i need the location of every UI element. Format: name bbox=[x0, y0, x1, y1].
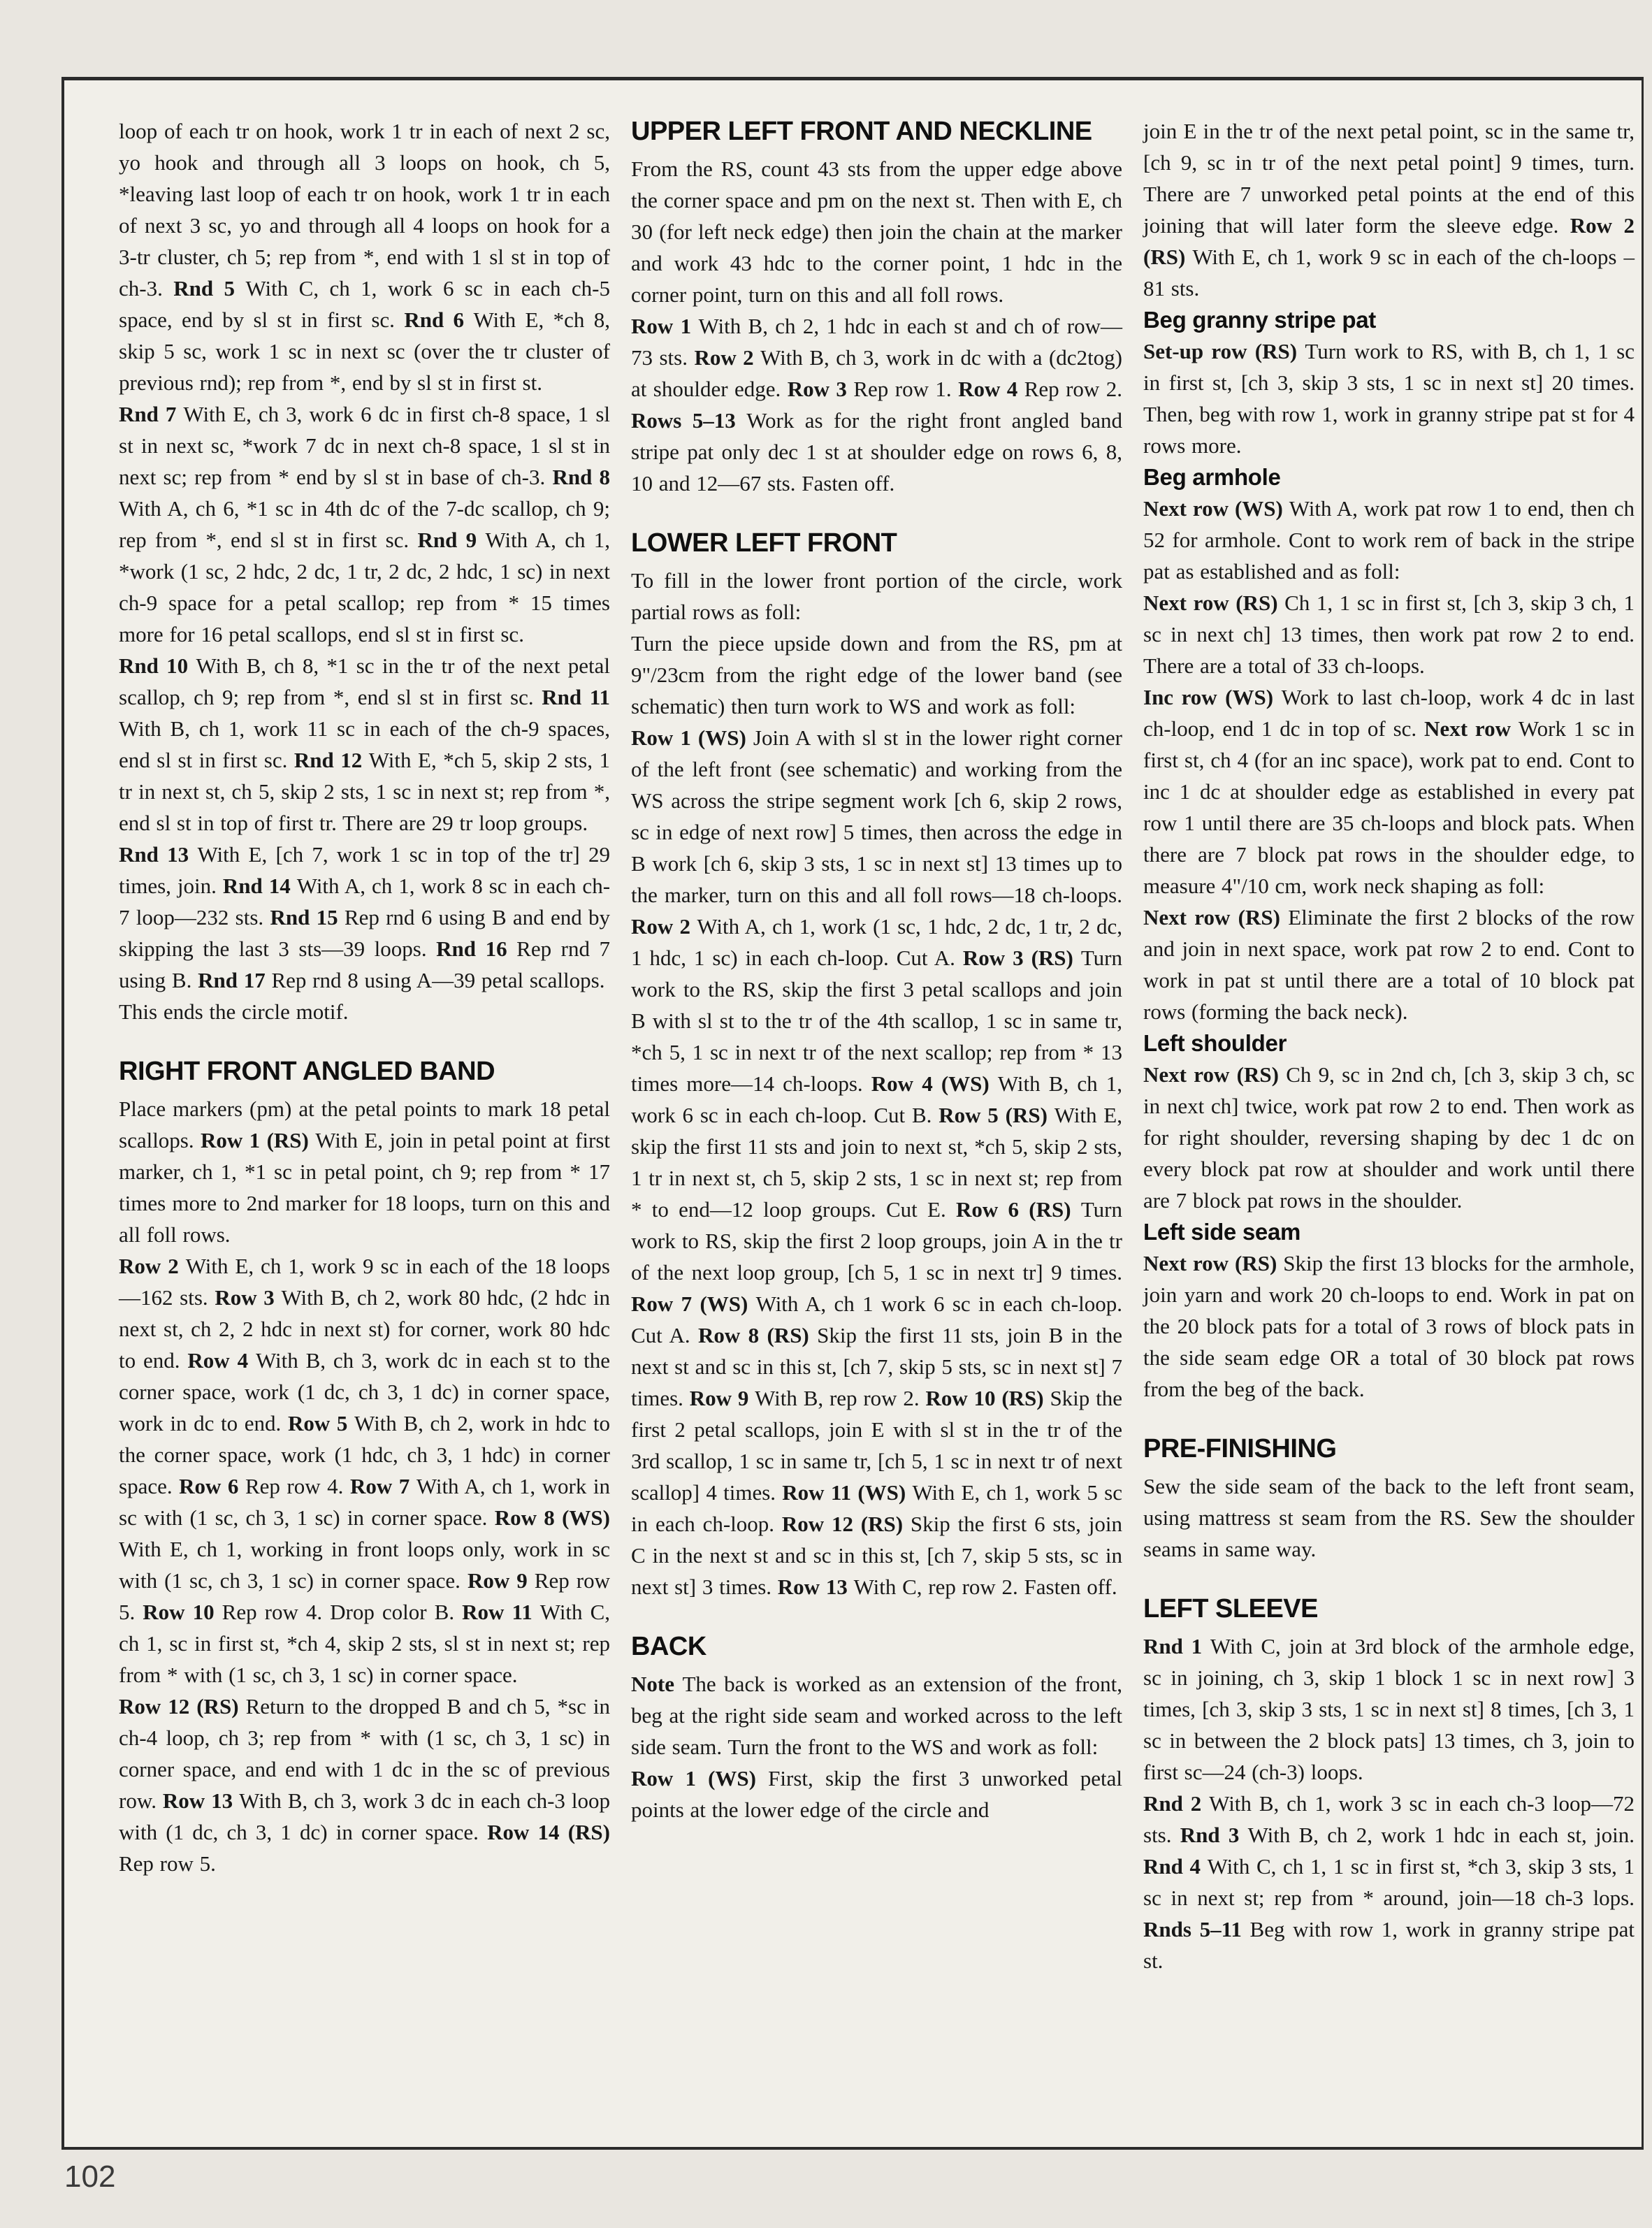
bold-run: Next row (RS) bbox=[1143, 1062, 1286, 1087]
pattern-paragraph: Set-up row (RS) Turn work to RS, with B,… bbox=[1143, 335, 1635, 461]
pattern-paragraph: Sew the side seam of the back to the lef… bbox=[1143, 1470, 1635, 1565]
text-run: With C, rep row 2. Fasten off. bbox=[854, 1575, 1117, 1599]
pattern-paragraph: Place markers (pm) at the petal points t… bbox=[119, 1093, 610, 1250]
bold-run: Row 13 bbox=[163, 1788, 239, 1813]
pattern-paragraph: Row 2 With E, ch 1, work 9 sc in each of… bbox=[119, 1250, 610, 1691]
bold-run: Row 6 (RS) bbox=[956, 1197, 1081, 1222]
sub-heading: Beg granny stripe pat bbox=[1143, 304, 1635, 335]
scanned-document-page: { "page": { "number": "102" }, "columns"… bbox=[0, 0, 1652, 2228]
bold-run: Inc row (WS) bbox=[1143, 685, 1282, 709]
text-run: Rep rnd 8 using A—39 petal scallops. bbox=[271, 968, 604, 992]
bold-run: Row 1 bbox=[631, 314, 698, 338]
pattern-paragraph: To fill in the lower front portion of th… bbox=[631, 565, 1122, 628]
text-run: With E, ch 1, work 9 sc in each of the c… bbox=[1143, 245, 1635, 301]
bold-run: Next row (RS) bbox=[1143, 591, 1284, 615]
text-run: join E in the tr of the next petal point… bbox=[1143, 119, 1635, 238]
pattern-paragraph: Next row (RS) Ch 9, sc in 2nd ch, [ch 3,… bbox=[1143, 1059, 1635, 1216]
bold-run: Rnd 5 bbox=[173, 276, 245, 301]
pattern-paragraph: Next row (RS) Skip the first 13 blocks f… bbox=[1143, 1247, 1635, 1405]
bold-run: Rnd 10 bbox=[119, 653, 196, 678]
bold-run: Rnd 15 bbox=[270, 905, 344, 929]
pattern-content-frame: loop of each tr on hook, work 1 tr in ea… bbox=[61, 77, 1644, 2150]
pattern-paragraph: Rnd 2 With B, ch 1, work 3 sc in each ch… bbox=[1143, 1788, 1635, 1976]
bold-run: Row 5 bbox=[288, 1411, 354, 1435]
bold-run: Row 6 bbox=[179, 1474, 245, 1498]
bold-run: Row 10 (RS) bbox=[925, 1386, 1050, 1410]
pattern-paragraph: Next row (RS) Ch 1, 1 sc in first st, [c… bbox=[1143, 587, 1635, 681]
bold-run: Next row (WS) bbox=[1143, 496, 1289, 521]
bold-run: Row 2 bbox=[694, 345, 760, 370]
text-run: Rep row 1. bbox=[853, 377, 958, 401]
bold-run: Row 9 bbox=[468, 1568, 535, 1593]
section-heading: PRE-FINISHING bbox=[1143, 1433, 1635, 1465]
text-run: loop of each tr on hook, work 1 tr in ea… bbox=[119, 119, 610, 301]
pattern-paragraph: Note The back is worked as an extension … bbox=[631, 1668, 1122, 1763]
bold-run: Rnd 8 bbox=[552, 465, 610, 489]
pattern-paragraph: Row 1 (WS) First, skip the first 3 unwor… bbox=[631, 1763, 1122, 1825]
bold-run: Row 2 bbox=[631, 914, 697, 939]
section-heading: RIGHT FRONT ANGLED BAND bbox=[119, 1055, 610, 1087]
text-run: Rep row 2. bbox=[1024, 377, 1122, 401]
pattern-paragraph: Inc row (WS) Work to last ch-loop, work … bbox=[1143, 681, 1635, 902]
bold-run: Row 3 bbox=[215, 1285, 281, 1310]
bold-run: Set-up row (RS) bbox=[1143, 339, 1305, 363]
bold-run: Rnd 13 bbox=[119, 842, 197, 867]
section-heading: UPPER LEFT FRONT AND NECKLINE bbox=[631, 115, 1122, 147]
pattern-paragraph: From the RS, count 43 sts from the upper… bbox=[631, 153, 1122, 310]
bold-run: Row 12 (RS) bbox=[782, 1512, 911, 1536]
column-2: UPPER LEFT FRONT AND NECKLINEFrom the RS… bbox=[631, 115, 1122, 1976]
pattern-paragraph: Rnd 1 With C, join at 3rd block of the a… bbox=[1143, 1630, 1635, 1788]
bold-run: Row 3 (RS) bbox=[963, 946, 1081, 970]
bold-run: Row 11 (WS) bbox=[782, 1480, 912, 1505]
bold-run: Row 5 (RS) bbox=[939, 1103, 1055, 1127]
text-run: This ends the circle motif. bbox=[119, 999, 349, 1024]
text-run: With B, ch 2, work 1 hdc in each st, joi… bbox=[1248, 1823, 1635, 1847]
pattern-paragraph: Next row (RS) Eliminate the first 2 bloc… bbox=[1143, 902, 1635, 1027]
bold-run: Row 13 bbox=[778, 1575, 854, 1599]
sub-heading: Beg armhole bbox=[1143, 461, 1635, 493]
pattern-paragraph: Rnd 7 With E, ch 3, work 6 dc in first c… bbox=[119, 398, 610, 650]
bold-run: Rnd 14 bbox=[223, 874, 297, 898]
bold-run: Row 8 (RS) bbox=[698, 1323, 817, 1347]
bold-run: Rnd 12 bbox=[294, 748, 369, 772]
text-run: With C, join at 3rd block of the armhole… bbox=[1143, 1634, 1635, 1784]
text-run: Rep row 5. bbox=[119, 1851, 216, 1876]
bold-run: Row 11 bbox=[462, 1600, 540, 1624]
text-run: Work 1 sc in first st, ch 4 (for an inc … bbox=[1143, 716, 1635, 898]
page-number: 102 bbox=[64, 2160, 115, 2194]
text-columns: loop of each tr on hook, work 1 tr in ea… bbox=[119, 115, 1635, 1976]
bold-run: Rnd 7 bbox=[119, 402, 183, 426]
bold-run: Rnd 17 bbox=[198, 968, 271, 992]
pattern-paragraph: Rnd 10 With B, ch 8, *1 sc in the tr of … bbox=[119, 650, 610, 839]
column-1: loop of each tr on hook, work 1 tr in ea… bbox=[119, 115, 610, 1976]
text-run: Sew the side seam of the back to the lef… bbox=[1143, 1474, 1635, 1561]
sub-heading: Left side seam bbox=[1143, 1216, 1635, 1247]
bold-run: Next row (RS) bbox=[1143, 905, 1288, 929]
bold-run: Row 3 bbox=[788, 377, 854, 401]
bold-run: Rnd 9 bbox=[417, 528, 485, 552]
bold-run: Row 7 bbox=[350, 1474, 416, 1498]
bold-run: Row 7 (WS) bbox=[631, 1292, 756, 1316]
bold-run: Row 10 bbox=[143, 1600, 222, 1624]
text-run: Join A with sl st in the lower right cor… bbox=[631, 725, 1122, 907]
pattern-paragraph: Next row (WS) With A, work pat row 1 to … bbox=[1143, 493, 1635, 587]
section-heading: BACK bbox=[631, 1630, 1122, 1663]
column-3: join E in the tr of the next petal point… bbox=[1143, 115, 1635, 1976]
text-run: Turn the piece upside down and from the … bbox=[631, 631, 1122, 718]
text-run: The back is worked as an extension of th… bbox=[631, 1672, 1122, 1759]
bold-run: Row 4 bbox=[187, 1348, 256, 1373]
bold-run: Row 1 (RS) bbox=[201, 1128, 315, 1152]
section-heading: LEFT SLEEVE bbox=[1143, 1593, 1635, 1625]
bold-run: Rows 5–13 bbox=[631, 408, 746, 433]
bold-run: Row 4 bbox=[958, 377, 1024, 401]
text-run: To fill in the lower front portion of th… bbox=[631, 568, 1122, 624]
bold-run: Next row (RS) bbox=[1143, 1251, 1283, 1275]
pattern-paragraph: loop of each tr on hook, work 1 tr in ea… bbox=[119, 115, 610, 398]
bold-run: Row 1 (WS) bbox=[631, 725, 753, 750]
text-run: With C, ch 1, 1 sc in first st, *ch 3, s… bbox=[1143, 1854, 1635, 1910]
bold-run: Rnd 16 bbox=[436, 936, 516, 961]
pattern-paragraph: Row 1 (WS) Join A with sl st in the lowe… bbox=[631, 722, 1122, 1603]
bold-run: Rnds 5–11 bbox=[1143, 1917, 1250, 1941]
bold-run: Rnd 2 bbox=[1143, 1791, 1209, 1816]
bold-run: Row 1 (WS) bbox=[631, 1766, 768, 1791]
bold-run: Rnd 11 bbox=[542, 685, 610, 709]
pattern-paragraph: Row 1 With B, ch 2, 1 hdc in each st and… bbox=[631, 310, 1122, 499]
pattern-paragraph: Turn the piece upside down and from the … bbox=[631, 628, 1122, 722]
bold-run: Rnd 3 bbox=[1180, 1823, 1248, 1847]
bold-run: Note bbox=[631, 1672, 682, 1696]
pattern-paragraph: Row 12 (RS) Return to the dropped B and … bbox=[119, 1691, 610, 1879]
bold-run: Row 9 bbox=[690, 1386, 755, 1410]
pattern-paragraph: Rnd 13 With E, [ch 7, work 1 sc in top o… bbox=[119, 839, 610, 996]
bold-run: Rnd 1 bbox=[1143, 1634, 1210, 1658]
text-run: From the RS, count 43 sts from the upper… bbox=[631, 157, 1122, 307]
bold-run: Rnd 6 bbox=[404, 308, 473, 332]
bold-run: Next row bbox=[1424, 716, 1519, 741]
bold-run: Row 14 (RS) bbox=[487, 1820, 610, 1844]
bold-run: Row 2 bbox=[119, 1254, 186, 1278]
text-run: Rep row 4. Drop color B. bbox=[222, 1600, 462, 1624]
bold-run: Row 4 (WS) bbox=[871, 1071, 998, 1096]
bold-run: Row 8 (WS) bbox=[495, 1505, 610, 1530]
text-run: With E, ch 3, work 6 dc in first ch-8 sp… bbox=[119, 402, 610, 489]
bold-run: Row 12 (RS) bbox=[119, 1694, 246, 1719]
sub-heading: Left shoulder bbox=[1143, 1027, 1635, 1059]
pattern-paragraph: This ends the circle motif. bbox=[119, 996, 610, 1027]
section-heading: LOWER LEFT FRONT bbox=[631, 527, 1122, 559]
bold-run: Rnd 4 bbox=[1143, 1854, 1208, 1879]
text-run: With B, rep row 2. bbox=[755, 1386, 925, 1410]
text-run: Rep row 4. bbox=[245, 1474, 350, 1498]
pattern-paragraph: join E in the tr of the next petal point… bbox=[1143, 115, 1635, 304]
